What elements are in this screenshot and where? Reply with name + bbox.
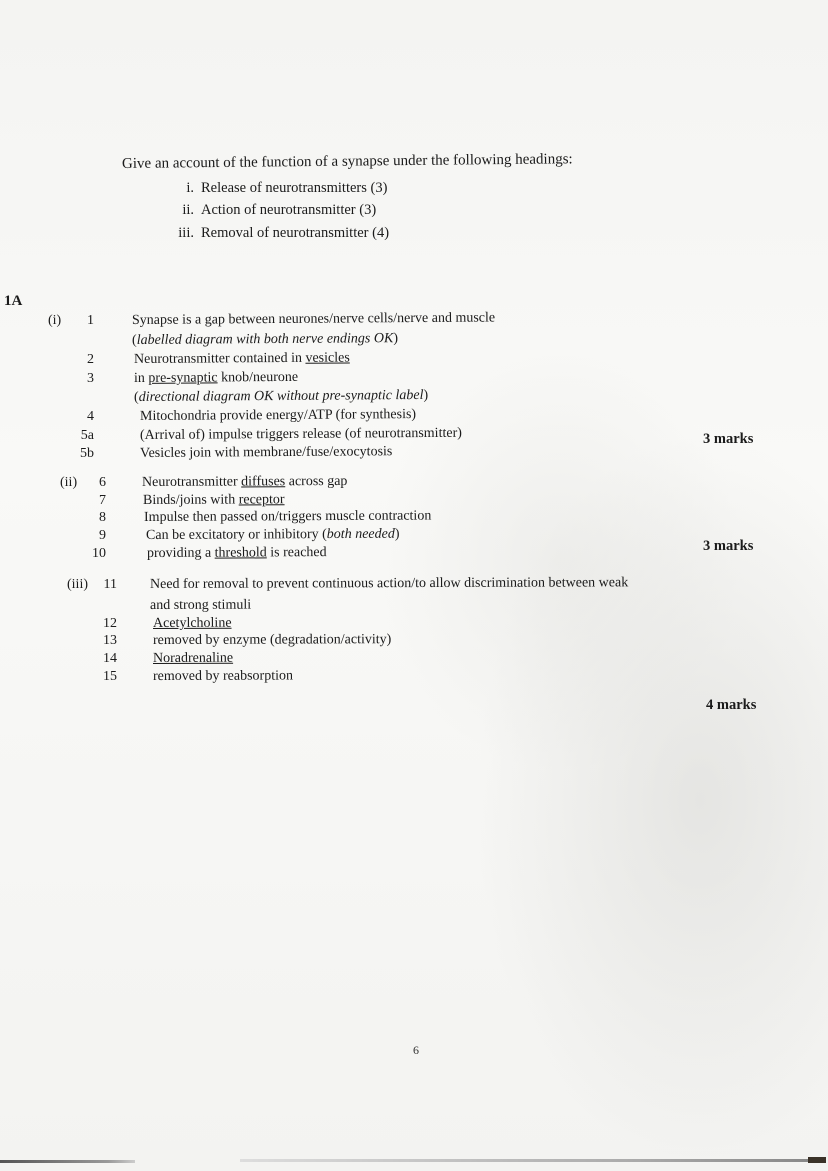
part-label: (iii) <box>67 577 88 593</box>
text-segment: removed by reabsorption <box>153 669 293 684</box>
mark-point-text: removed by enzyme (degradation/activity) <box>153 632 391 649</box>
italic-note: directional diagram OK without pre-synap… <box>139 388 424 405</box>
mark-point-text: Neurotransmitter contained in vesicles <box>134 350 350 368</box>
marks-total: 3 marks <box>703 538 753 555</box>
part-label: (i) <box>48 313 61 329</box>
mark-point-text: Need for removal to prevent continuous a… <box>150 575 628 593</box>
text-segment: Need for removal to prevent continuous a… <box>150 575 628 592</box>
question-item-3: iii.Removal of neurotransmitter (4) <box>168 225 389 242</box>
text-segment: and strong stimuli <box>150 598 251 613</box>
text-segment: Mitochondria provide energy/ATP (for syn… <box>140 407 416 424</box>
question-item-2: ii.Action of neurotransmitter (3) <box>168 202 376 219</box>
point-number: 6 <box>80 475 106 491</box>
mark-point-text: (directional diagram OK without pre-syna… <box>134 388 428 406</box>
question-item-text: Action of neurotransmitter (3) <box>201 202 376 218</box>
mark-point-text: Synapse is a gap between neurones/nerve … <box>132 310 495 329</box>
text-segment: across gap <box>285 474 347 489</box>
marks-total: 4 marks <box>706 697 756 714</box>
underlined-keyword: vesicles <box>305 350 349 365</box>
question-item-numeral: ii. <box>168 202 194 219</box>
page-edge-shadow <box>240 1159 808 1162</box>
underlined-keyword: diffuses <box>241 474 285 489</box>
mark-point-text: Noradrenaline <box>153 651 233 667</box>
text-segment: ) <box>394 527 399 542</box>
point-number: 5a <box>68 428 94 444</box>
mark-point-text: and strong stimuli <box>150 598 251 614</box>
text-segment: is reached <box>267 545 327 560</box>
underlined-keyword: Acetylcholine <box>153 616 232 631</box>
text-segment: in <box>134 371 148 386</box>
mark-point-text: Binds/joins with receptor <box>143 492 285 509</box>
section-label: 1A <box>4 293 22 310</box>
question-item-1: i.Release of neurotransmitters (3) <box>168 180 387 197</box>
point-number: 15 <box>91 669 117 685</box>
mark-point-text: Mitochondria provide energy/ATP (for syn… <box>140 407 416 425</box>
text-segment: ) <box>393 331 398 346</box>
text-segment: Impulse then passed on/triggers muscle c… <box>144 508 431 525</box>
text-segment: providing a <box>147 546 215 561</box>
underlined-keyword: pre-synaptic <box>148 370 217 385</box>
mark-point-text: removed by reabsorption <box>153 669 293 685</box>
point-number: 3 <box>68 371 94 387</box>
text-segment: removed by enzyme (degradation/activity) <box>153 632 391 648</box>
marks-total: 3 marks <box>703 431 753 448</box>
mark-point-text: Impulse then passed on/triggers muscle c… <box>144 508 431 526</box>
mark-point-text: Can be excitatory or inhibitory (both ne… <box>146 527 400 544</box>
text-segment: knob/neurone <box>218 370 299 386</box>
text-segment: ) <box>423 388 428 403</box>
part-label: (ii) <box>60 475 77 491</box>
mark-point-text: (labelled diagram with both nerve ending… <box>132 331 398 349</box>
point-number: 10 <box>80 546 106 562</box>
point-number: 12 <box>91 616 117 632</box>
point-number: 11 <box>91 577 117 593</box>
question-item-numeral: iii. <box>168 225 194 242</box>
point-number: 5b <box>68 446 94 462</box>
mark-point-text: (Arrival of) impulse triggers release (o… <box>140 426 462 444</box>
point-number: 7 <box>80 493 106 509</box>
italic-note: both needed <box>326 527 394 542</box>
page-edge-shadow <box>0 1160 135 1163</box>
point-number: 2 <box>68 352 94 368</box>
mark-point-text: providing a threshold is reached <box>147 545 327 562</box>
text-segment: Synapse is a gap between neurones/nerve … <box>132 310 495 328</box>
underlined-keyword: receptor <box>239 492 285 507</box>
point-number: 13 <box>91 633 117 649</box>
point-number: 14 <box>91 651 117 667</box>
point-number: 9 <box>80 528 106 544</box>
question-prompt: Give an account of the function of a syn… <box>122 151 573 173</box>
point-number: 8 <box>80 510 106 526</box>
text-segment: Binds/joins with <box>143 492 239 508</box>
question-item-text: Removal of neurotransmitter (4) <box>201 225 389 241</box>
page-number: 6 <box>413 1043 419 1058</box>
mark-point-text: Vesicles join with membrane/fuse/exocyto… <box>140 444 392 462</box>
point-number: 1 <box>68 313 94 329</box>
mark-point-text: Acetylcholine <box>153 616 232 632</box>
text-segment: Vesicles join with membrane/fuse/exocyto… <box>140 444 392 461</box>
point-number: 4 <box>68 409 94 425</box>
question-item-numeral: i. <box>168 180 194 197</box>
text-segment: Neurotransmitter contained in <box>134 351 306 367</box>
mark-point-text: in pre-synaptic knob/neurone <box>134 370 298 387</box>
text-segment: Can be excitatory or inhibitory ( <box>146 527 327 543</box>
underlined-keyword: threshold <box>214 545 266 560</box>
underlined-keyword: Noradrenaline <box>153 651 233 666</box>
question-item-text: Release of neurotransmitters (3) <box>201 180 387 196</box>
mark-point-text: Neurotransmitter diffuses across gap <box>142 474 348 491</box>
italic-note: labelled diagram with both nerve endings… <box>137 331 394 348</box>
text-segment: (Arrival of) impulse triggers release (o… <box>140 426 462 443</box>
text-segment: Neurotransmitter <box>142 474 241 490</box>
page-corner <box>808 1157 826 1163</box>
